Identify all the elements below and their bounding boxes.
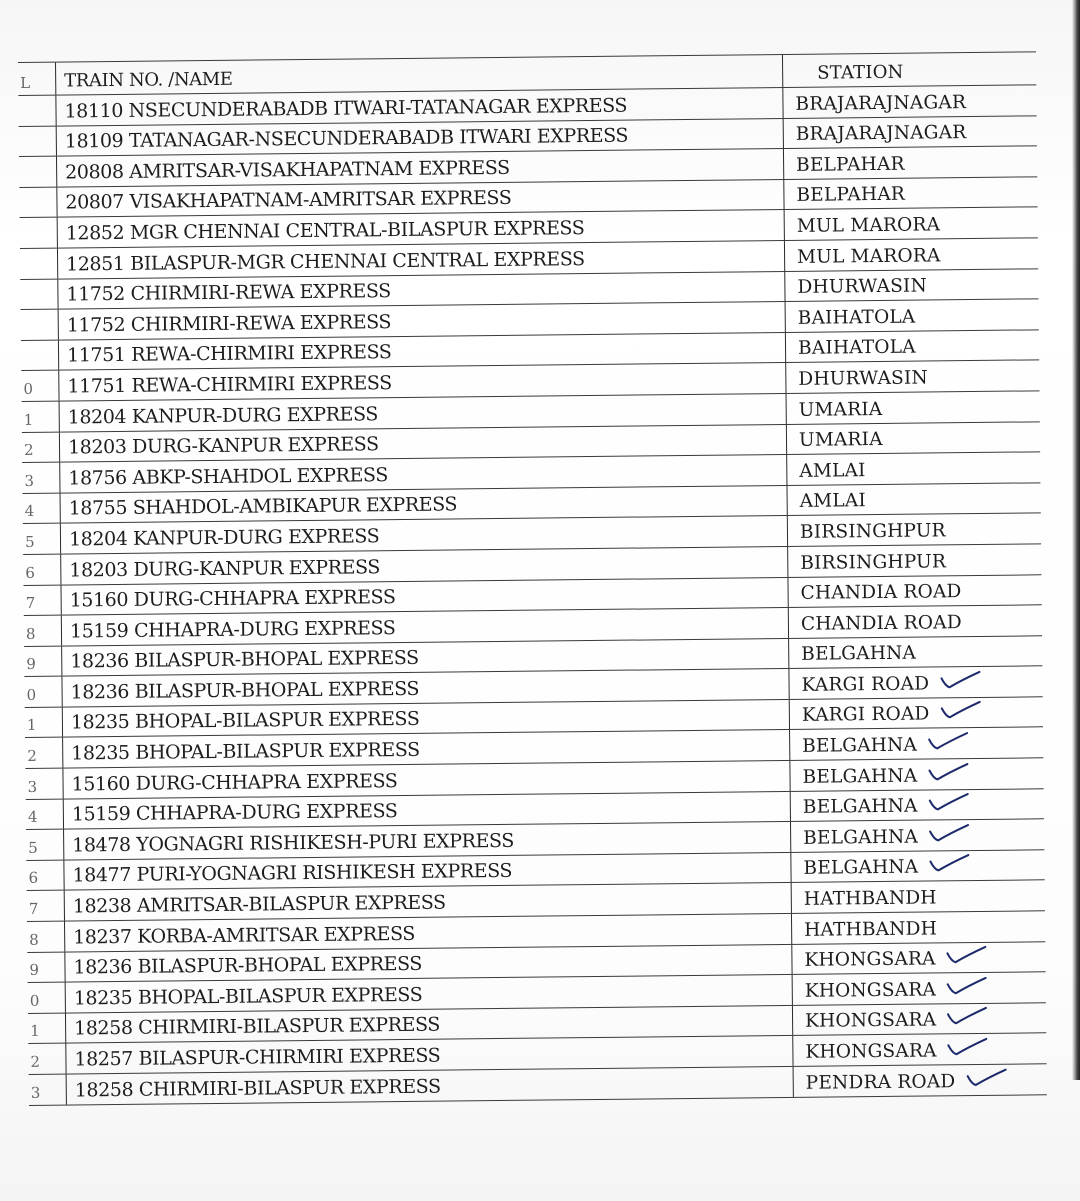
row-station: UMARIA [786, 422, 1040, 454]
station-name: UMARIA [799, 429, 883, 451]
train-station-table: L TRAIN NO. /NAME STATION 18110 NSECUNDE… [18, 51, 1047, 1105]
station-name: CHANDIA ROAD [800, 581, 961, 604]
header-station: STATION [782, 52, 1036, 87]
row-serial [20, 279, 58, 309]
row-serial [18, 96, 56, 126]
row-station: BRAJARAJNAGAR [783, 116, 1037, 148]
station-name: BELGAHNA [803, 796, 918, 818]
row-station: KHONGSARA [791, 942, 1045, 974]
handwritten-check-icon [946, 1006, 990, 1026]
handwritten-check-icon [946, 945, 990, 965]
row-serial [19, 187, 57, 217]
station-name: DHURWASIN [797, 276, 927, 298]
row-serial: 8 [24, 616, 62, 646]
row-serial: 3 [29, 1075, 67, 1105]
station-name: AMLAI [800, 490, 866, 512]
station-name: BELGAHNA [803, 857, 918, 879]
handwritten-check-icon [928, 823, 972, 843]
handwritten-check-icon [927, 731, 971, 751]
row-station: BELPAHAR [783, 177, 1037, 209]
row-station: MUL MARORA [784, 208, 1038, 240]
row-station: BELGAHNA [789, 728, 1043, 760]
station-name: BIRSINGHPUR [800, 520, 946, 543]
row-serial: 3 [25, 769, 63, 799]
row-serial: 3 [22, 463, 60, 493]
row-serial: 2 [22, 432, 60, 462]
handwritten-check-icon [939, 700, 983, 720]
row-serial [19, 157, 57, 187]
header-sl: L [18, 63, 56, 95]
station-name: PENDRA ROAD [806, 1071, 956, 1094]
station-name: HATHBANDH [804, 887, 937, 909]
row-station: KARGI ROAD [789, 697, 1043, 729]
row-station: DHURWASIN [784, 269, 1038, 301]
row-station: BAIHATOLA [785, 299, 1039, 331]
station-name: BIRSINGHPUR [800, 551, 946, 574]
row-station: BELPAHAR [783, 147, 1037, 179]
row-station: AMLAI [786, 483, 1040, 515]
station-name: KHONGSARA [805, 979, 936, 1001]
row-station: BELGAHNA [790, 850, 1044, 882]
row-serial: 2 [28, 1044, 66, 1074]
row-station: KHONGSARA [792, 1003, 1046, 1035]
row-serial: 1 [25, 707, 63, 737]
row-train-name: 18258 CHIRMIRI-BILASPUR EXPRESS [67, 1067, 793, 1104]
station-name: BELGAHNA [803, 826, 918, 848]
row-serial [20, 249, 58, 279]
handwritten-check-icon [946, 976, 990, 996]
row-serial [21, 310, 59, 340]
row-station: HATHBANDH [791, 911, 1045, 943]
row-station: UMARIA [786, 391, 1040, 423]
row-station: BAIHATOLA [785, 330, 1039, 362]
station-name: CHANDIA ROAD [801, 612, 962, 635]
row-serial: 9 [27, 952, 65, 982]
station-name: MUL MARORA [797, 245, 941, 268]
station-name: KHONGSARA [805, 1010, 936, 1032]
row-serial: 5 [26, 830, 64, 860]
station-name: AMLAI [799, 460, 865, 482]
row-station: AMLAI [786, 452, 1040, 484]
row-serial: 6 [23, 554, 61, 584]
handwritten-check-icon [965, 1067, 1009, 1087]
table-body: 18110 NSECUNDERABADB ITWARI-TATANAGAR EX… [18, 85, 1047, 1105]
row-serial: 4 [23, 493, 61, 523]
row-serial: 1 [22, 402, 60, 432]
row-serial: 7 [23, 585, 61, 615]
station-name: KARGI ROAD [801, 673, 929, 695]
row-station: KARGI ROAD [788, 667, 1042, 699]
row-station: BIRSINGHPUR [787, 544, 1041, 576]
row-station: BELGAHNA [789, 758, 1043, 790]
station-name: BELGAHNA [801, 643, 916, 665]
row-serial: 0 [24, 677, 62, 707]
row-station: CHANDIA ROAD [788, 605, 1042, 637]
station-name: BELGAHNA [802, 765, 917, 787]
station-name: BELGAHNA [802, 735, 917, 757]
row-station: DHURWASIN [785, 361, 1039, 393]
row-serial: 7 [27, 891, 65, 921]
station-name: HATHBANDH [804, 918, 937, 940]
row-station: MUL MARORA [784, 238, 1038, 270]
row-station: BELGAHNA [790, 789, 1044, 821]
row-station: BRAJARAJNAGAR [782, 85, 1036, 117]
station-name: KHONGSARA [805, 1040, 936, 1062]
handwritten-check-icon [928, 853, 972, 873]
handwritten-check-icon [946, 1037, 990, 1057]
station-name: KHONGSARA [804, 949, 935, 971]
handwritten-check-icon [928, 792, 972, 812]
station-name: BELPAHAR [796, 154, 905, 176]
station-name: BRAJARAJNAGAR [796, 122, 967, 145]
row-serial [19, 126, 57, 156]
row-station: PENDRA ROAD [793, 1064, 1047, 1096]
station-name: MUL MARORA [797, 214, 941, 237]
station-name: BAIHATOLA [798, 306, 916, 328]
station-name: UMARIA [799, 398, 883, 420]
station-name: BRAJARAJNAGAR [795, 92, 966, 115]
row-serial: 8 [27, 922, 65, 952]
row-serial: 2 [25, 738, 63, 768]
row-station: HATHBANDH [791, 881, 1045, 913]
station-name: BELPAHAR [796, 184, 905, 206]
row-station: CHANDIA ROAD [787, 575, 1041, 607]
row-serial [20, 218, 58, 248]
row-station: BELGAHNA [790, 820, 1044, 852]
row-serial: 4 [26, 799, 64, 829]
row-serial: 1 [28, 1013, 66, 1043]
handwritten-check-icon [939, 670, 983, 690]
row-station: KHONGSARA [792, 973, 1046, 1005]
handwritten-check-icon [927, 762, 971, 782]
page-edge-shadow [1072, 0, 1080, 1080]
row-station: BELGAHNA [788, 636, 1042, 668]
row-serial: 0 [21, 371, 59, 401]
row-serial [21, 340, 59, 370]
row-station: BIRSINGHPUR [787, 514, 1041, 546]
row-serial: 0 [28, 983, 66, 1013]
row-station: KHONGSARA [792, 1034, 1046, 1066]
station-name: BAIHATOLA [798, 337, 916, 359]
row-serial: 9 [24, 646, 62, 676]
station-name: KARGI ROAD [802, 704, 930, 726]
row-serial: 6 [26, 860, 64, 890]
station-name: DHURWASIN [798, 367, 928, 389]
row-serial: 5 [23, 524, 61, 554]
